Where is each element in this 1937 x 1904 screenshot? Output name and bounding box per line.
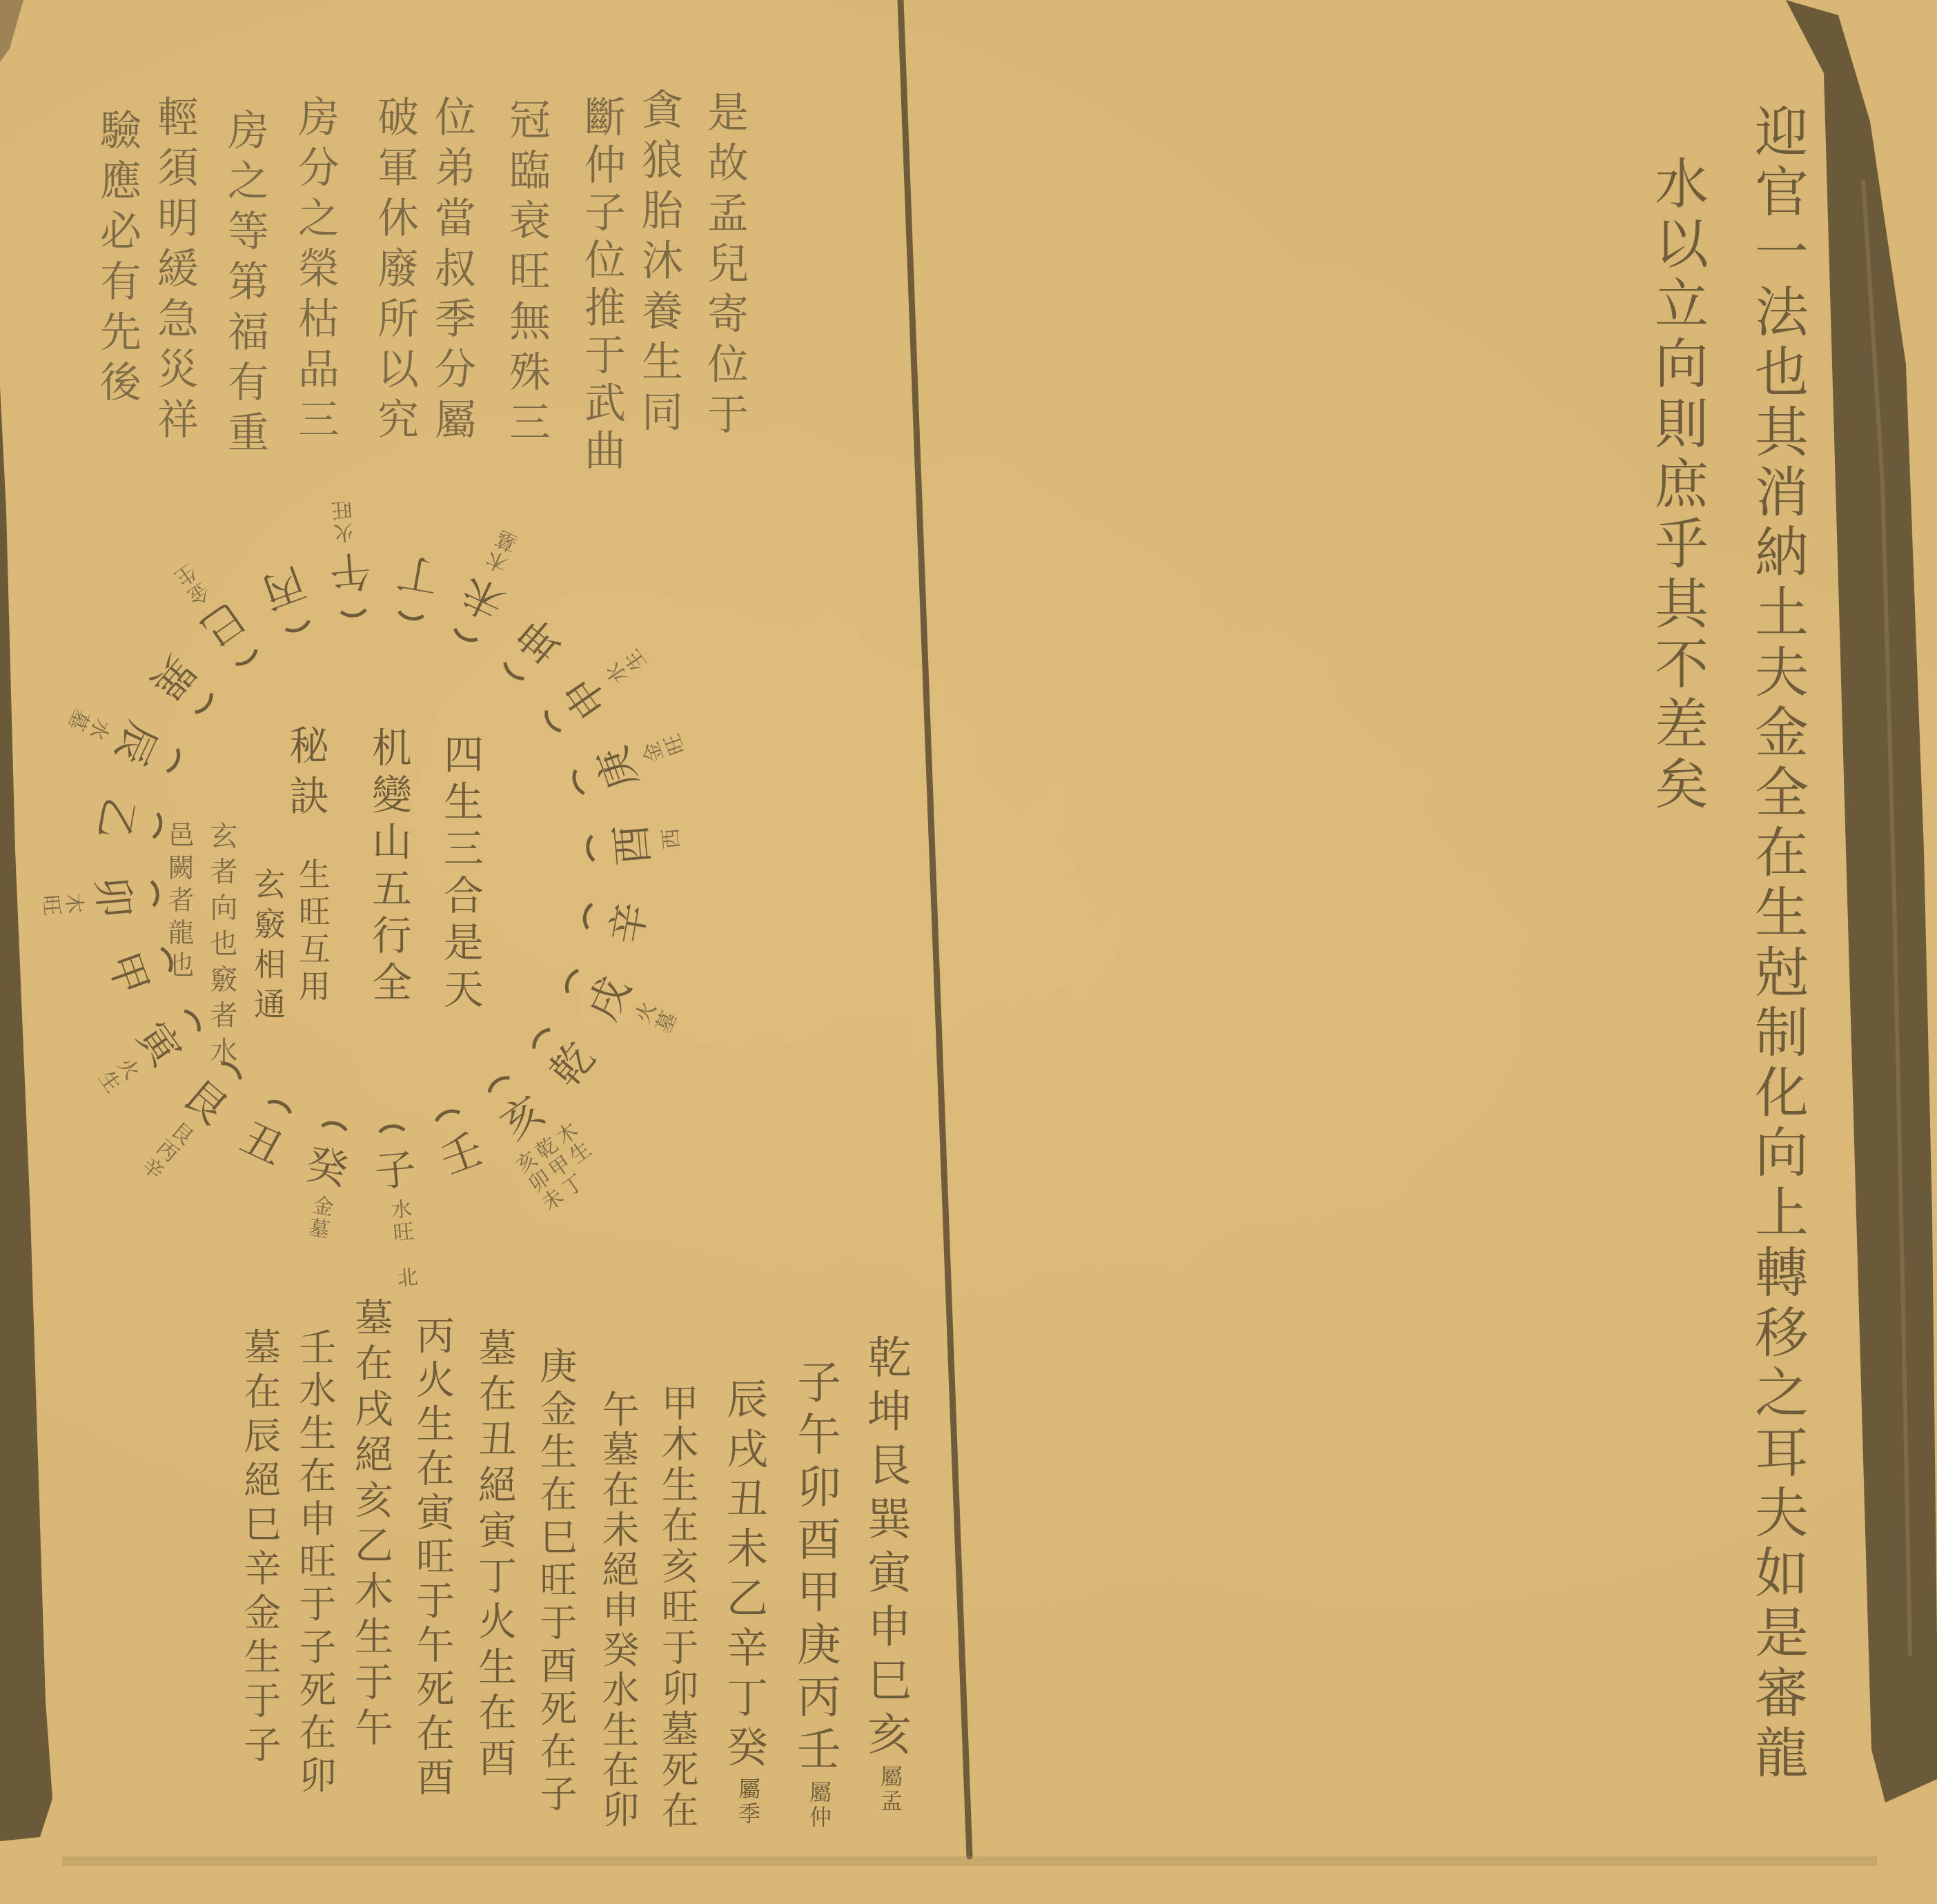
ring-mountain: 子水旺 北 [370,1146,421,1197]
ring-mountain-notes: 金生 [173,558,215,607]
center-note-4: 邑闕者龍也 [166,821,192,983]
bottom-block-column-9: 墓在戌絕亥乙木生于午 [351,1297,390,1753]
ring-mountain-label: 乙 [88,792,143,846]
ring-mountain-label: 午 [324,545,375,596]
ring-mountain: 坤 [507,607,573,673]
bottom-block-column-3: 辰戌丑未乙辛丁癸 [723,1377,765,1775]
ring-mountain-notes: 火旺 [333,497,358,544]
ring-mountain: 壬 [432,1124,492,1184]
right-page: 迎官一法也其消納土夫金全在生尅制化向上轉移之耳夫如是審龍 水以立向則庶乎其不差矣 [966,0,1937,1904]
bottom-block-column-6: 庚金生在巳旺于酉死在子 [537,1346,574,1817]
center-note-3: 玄者向也竅者水 [208,821,235,1072]
right-page-column-1: 迎官一法也其消納土夫金全在生尅制化向上轉移之耳夫如是審龍 [1750,104,1804,1785]
ring-mountain-notes: 火生 [93,1051,142,1094]
ring-mountain: 艮艮丙辛 [172,1069,238,1135]
center-verse-1: 四生三合是天 [440,734,480,1015]
ring-mountain: 辰水墓 [105,712,167,774]
ring-mountain: 戌火墓 [578,967,640,1029]
ring-mountain-label: 子 [370,1146,421,1197]
ring-mountain-note: 水生 [603,647,652,690]
ring-mountain-note: 西 [659,830,683,853]
ring-mountain: 申水生 [553,665,619,731]
ring-mountain-notes: 艮丙辛 [135,1117,195,1182]
ring-mountain-notes: 火墓 [629,1001,679,1039]
ring-mountain: 乙 [88,792,143,846]
ring-mountain-label: 酉 [607,819,658,870]
bottom-block-column-4: 甲木生在亥旺于卯墓死在 [658,1384,696,1832]
ring-mountain-label: 辛 [602,896,657,950]
center-note-1: 生旺互用 [297,858,328,1007]
ring-mountain: 辛 [602,896,657,950]
ring-mountain-note: 火旺 [333,497,358,544]
ring-mountain: 甲 [97,944,157,1004]
right-page-column-2: 水以立向則庶乎其不差矣 [1650,155,1704,816]
bottom-block-column-11: 墓在辰絕巳辛金生于子 [241,1328,278,1769]
ring-mountain: 丙 [253,558,313,618]
ring-mountain: 丑 [231,1113,293,1175]
bottom-block-column-7: 墓在丑絕寅丁火生在酉 [475,1328,513,1783]
ring-mountain-note: 火生 [93,1051,142,1094]
ring-mountain: 午火旺 [324,545,375,596]
ring-mountain-note: 水旺 北 [387,1198,415,1290]
ring-mountain-notes: 水生 [603,647,652,690]
ring-mountain: 癸金墓 [300,1141,355,1195]
ring-mountain: 卯木旺 [88,872,139,923]
ring-mountain-notes: 木旺 [39,890,86,914]
left-page: 是故孟兒寄位于 貪狼胎沐養生同 斷仲子位推于武曲 冠臨衰旺無殊三 位弟當叔季分屬… [0,0,966,1904]
ring-mountain-label: 丁 [391,547,445,601]
ring-mountain-notes: 水旺 北 [387,1198,415,1290]
manuscript-spread: 迎官一法也其消納土夫金全在生尅制化向上轉移之耳夫如是審龍 水以立向則庶乎其不差矣… [0,0,1937,1904]
bottom-block-column-2: 子午卯酉甲庚丙壬 [793,1359,837,1778]
ring-mountain-note: 艮丙辛 [135,1117,195,1182]
center-note-2: 玄竅相通 [252,867,284,1028]
ring-mountain-notes: 金旺 [640,733,690,768]
ring-mountain: 丁 [391,547,445,601]
ring-mountain: 亥木生乾甲丁亥卯未 [489,1086,555,1151]
bottom-block-column-1: 乾坤艮巽寅申巳亥 [863,1334,907,1765]
bottom-block-column-8: 丙火生在寅旺于午死在酉 [413,1315,451,1801]
center-verse-title: 秘訣 [286,725,326,825]
ring-mountain: 庚金旺 [588,738,648,798]
bottom-block-column-2-suffix: 屬仲 [808,1780,830,1830]
ring-mountain-notes: 金墓 [304,1193,333,1241]
ring-mountain-notes: 西 [659,830,683,853]
ring-mountain: 巽 [140,644,206,710]
ring-mountain-label: 癸 [300,1141,355,1195]
ring-mountain-note: 木旺 [39,890,86,914]
ring-mountain-label: 卯 [88,872,139,923]
ring-mountain-note: 火墓 [629,1001,679,1039]
bottom-block-column-10: 壬水生在申旺于子死在卯 [296,1328,333,1798]
ring-mountain-note: 金旺 [640,733,690,768]
ring-mountain-note: 木墓 [485,527,523,577]
ring-mountain: 乾 [540,1032,606,1098]
bottom-block-column-5: 午墓在未絕申癸水生在卯 [599,1390,636,1830]
ring-mountain-notes: 木墓 [485,527,523,577]
ring-mountain-notes: 水墓 [66,703,115,741]
ring-mountain-note: 金生 [173,558,215,607]
ring-mountain: 寅火生 [126,1011,192,1077]
ring-mountain-note: 金墓 [304,1193,333,1241]
ring-mountain: 酉西 [607,819,658,870]
center-verse-2: 机變山五行全 [368,727,409,1008]
ring-mountain: 巳金生 [190,591,256,657]
bottom-block-column-3-suffix: 屬季 [737,1777,759,1827]
ring-mountain-note: 水墓 [66,703,115,741]
bottom-block-column-1-suffix: 屬孟 [879,1765,901,1814]
ring-mountain: 未木墓 [452,567,514,629]
